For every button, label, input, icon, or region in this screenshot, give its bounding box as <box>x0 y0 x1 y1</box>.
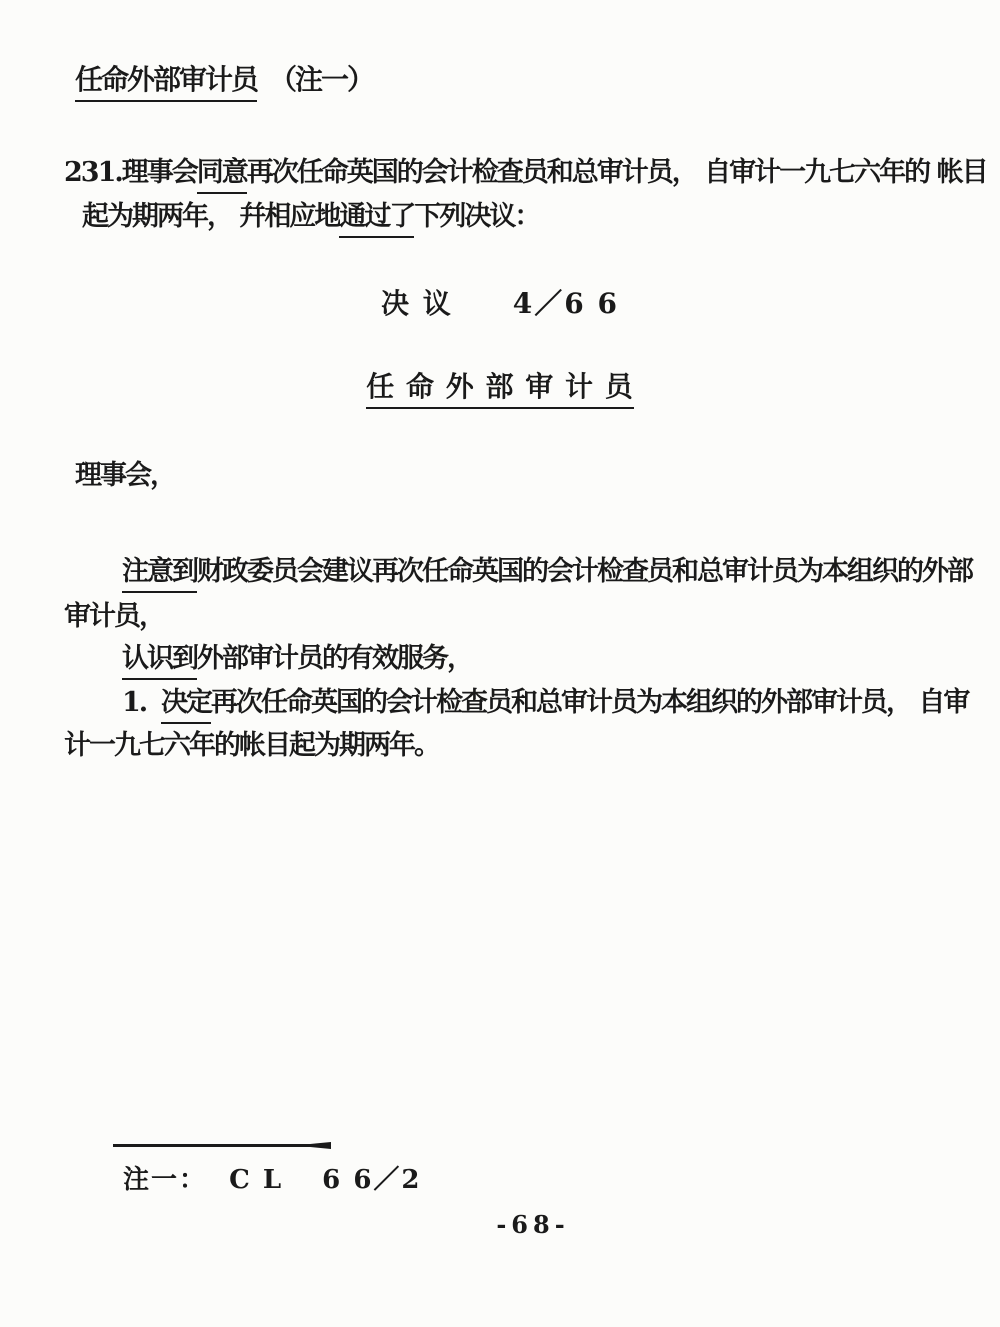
noting-clause-line2: 审计员， <box>64 601 164 632</box>
text-run: （注一） <box>257 63 373 96</box>
text-run: 财政委员会建议再次任命英国的会计检查员和总审计员为本组织的外部 <box>197 556 972 587</box>
footnote-reference: 注一： C L 6 6／2 <box>123 1166 422 1196</box>
text-run: 外部审计员的有效服务， <box>197 643 472 674</box>
text-run: 再次任命英国的会计检查员和总审计员， 自审计一九七六年的 帐目 <box>247 157 987 188</box>
text-run: 1. <box>122 687 161 718</box>
paragraph-231-line1: 231.理事会同意再次任命英国的会计检查员和总审计员， 自审计一九七六年的 帐目 <box>64 157 987 188</box>
text-run: 231.理事会 <box>64 157 197 188</box>
text-run: 再次任命英国的会计检查员和总审计员为本组织的外部审计员， 自审 <box>211 687 968 718</box>
operative-clause-line1: 1. 决定再次任命英国的会计检查员和总审计员为本组织的外部审计员， 自审 <box>122 687 968 718</box>
noting-clause-line1: 注意到财政委员会建议再次任命英国的会计检查员和总审计员为本组织的外部 <box>122 556 972 587</box>
underlined-text-run: 认识到 <box>122 643 197 680</box>
text-run: 下列决议： <box>414 201 539 232</box>
text-run: 起为期两年， 幷相应地 <box>82 201 339 232</box>
resolution-number: 决 议 4／6 6 <box>0 288 1000 320</box>
operative-clause-line2: 计一九七六年的帐目起为期两年。 <box>64 730 439 761</box>
underlined-text-run: 同意 <box>197 157 247 194</box>
underlined-text-run: 任命外部审计员 <box>75 63 257 102</box>
underlined-text-run: 决定 <box>161 687 211 724</box>
footnote-separator-rule <box>113 1144 331 1147</box>
page-number: -68- <box>0 1211 1000 1239</box>
scanned-document-page: 任命外部审计员 （注一） 231.理事会同意再次任命英国的会计检查员和总审计员，… <box>0 0 1000 1327</box>
recognizing-clause: 认识到外部审计员的有效服务， <box>122 643 472 674</box>
underlined-text-run: 注意到 <box>122 556 197 593</box>
resolution-title: 任 命 外 部 审 计 员 <box>0 371 1000 403</box>
section-heading: 任命外部审计员 （注一） <box>75 64 373 96</box>
underlined-text-run: 通过了 <box>339 201 414 238</box>
resolution-salutation: 理事会， <box>75 460 175 491</box>
underlined-text-run: 任 命 外 部 审 计 员 <box>366 370 634 409</box>
paragraph-231-line2: 起为期两年， 幷相应地通过了下列决议： <box>82 201 539 232</box>
